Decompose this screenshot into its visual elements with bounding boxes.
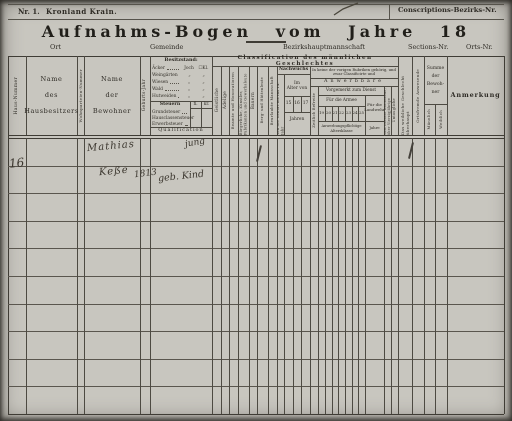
- form-number: Nr. 1.: [18, 8, 40, 16]
- summe-l4: ner: [432, 89, 440, 97]
- hausbesitzer-l2: des: [45, 87, 58, 103]
- table-bottom-border: [8, 414, 504, 415]
- handwritten-note-bottom: geb. Kind: [158, 169, 205, 185]
- table-header-bottom-2: [8, 138, 504, 139]
- flkr-underline: [190, 108, 212, 109]
- header-rule: [8, 19, 504, 20]
- kr-label: kr.: [201, 101, 212, 108]
- summe-l1: Summe: [427, 65, 445, 73]
- handwritten-haus-nr: 16: [8, 155, 25, 171]
- landwehr-note: Jahre: [365, 122, 384, 135]
- bodyline: [352, 138, 353, 414]
- ditto: „: [181, 87, 197, 92]
- besitz-row-weingaerten: Weingärten „ „: [152, 72, 210, 78]
- bodyline: [284, 138, 285, 414]
- anwerbbare-label: Anwerbbare: [310, 78, 398, 86]
- unit-klafter: ☐Kl.: [197, 66, 210, 71]
- page-title: Aufnahms-Bogen vom Jahre 18: [0, 23, 512, 41]
- weiblich-sub-label: Weiblich: [439, 110, 444, 129]
- row-label: Hausclassensteuer: [152, 116, 194, 121]
- classification-title: Classification des männlichen Geschlecht…: [212, 56, 398, 66]
- estate-bergleute: Berg- und Hüttenleute: [257, 66, 268, 135]
- im-alter-l2: Alter von: [287, 86, 307, 91]
- col-wohnpartei-label: Wohnparteien-Nummer: [78, 69, 83, 122]
- summe-l3: Bewoh-: [427, 81, 444, 89]
- weiblich-label: Das weibliche Geschlecht überhaupt: [400, 56, 410, 135]
- bodyline: [424, 138, 425, 414]
- col-haus-nummer-label: Haus-Nummer: [14, 77, 20, 115]
- nachwuchs-jahren: Jahren: [284, 114, 310, 126]
- bodyline: [221, 138, 222, 414]
- besitz-row-wald: Wald „ „: [152, 86, 210, 92]
- zeitlich-label: Zeitlich Befreite: [312, 93, 317, 128]
- col-geburtsjahr: Geburts-Jahr: [140, 56, 150, 135]
- armee-label: Für die Armee: [318, 95, 365, 106]
- summe-weiblich: Weiblich: [435, 104, 447, 135]
- nachwuchs-title: Nachwuchs: [277, 66, 310, 74]
- rowline: [8, 276, 504, 277]
- estate-label: Berg- und Hüttenleute: [260, 77, 265, 123]
- age-cells-bottom: [284, 112, 310, 113]
- bodyline: [249, 138, 250, 414]
- summe-header: Summe der Bewoh- ner: [424, 60, 447, 102]
- hausbesitzer-l1: Name: [41, 71, 63, 87]
- col-hausbesitzer: Name des Hausbesitzers: [26, 62, 77, 128]
- weiblich-col: Das weibliche Geschlecht überhaupt: [398, 56, 412, 135]
- landwehr-l2: Landwehr: [364, 108, 384, 113]
- armee-age-23: 23: [345, 106, 352, 121]
- row-label: Hutweiden: [152, 94, 176, 99]
- bodyline: [26, 138, 27, 414]
- bodyline: [332, 138, 333, 414]
- ditto: „: [197, 87, 210, 92]
- rowline: [8, 304, 504, 305]
- anmerkung-col: Anmerkung: [447, 56, 504, 135]
- conscription-district-label: Conscriptions-Bezirks-Nr.: [398, 7, 497, 15]
- leader: [165, 90, 179, 91]
- armee-age-22: 22: [338, 106, 345, 121]
- ditto: „: [181, 80, 197, 85]
- handwritten-geburtsjahr: 1813: [133, 168, 157, 181]
- leader: [182, 113, 187, 114]
- estate-label: Geistliche: [214, 88, 219, 112]
- title-underline: [246, 41, 286, 43]
- bodyline: [150, 138, 151, 414]
- besitz-row-wiesen: Wiesen „ „: [152, 79, 210, 85]
- entlassene-label: Vom Dienste Entlassene, über Vierzigjähr…: [384, 86, 391, 135]
- ortsfremde-col: Ortsfremde Anwesende: [412, 56, 424, 135]
- estate-adelige: Adelige: [221, 66, 229, 135]
- bodyline: [77, 138, 78, 414]
- bodyline: [293, 138, 294, 414]
- ditto: „: [197, 94, 210, 99]
- estate-label: Bürgerliche, Künstler, Fabrikanten und G…: [239, 66, 248, 135]
- maennlich-label: Männlich: [427, 109, 432, 129]
- nachwuchs-age-16: 16: [293, 96, 301, 112]
- bewohner-l3: Bewohner: [93, 103, 131, 119]
- ditto: „: [182, 73, 198, 78]
- bodyline: [345, 138, 346, 414]
- handwritten-checkmark: [332, 2, 360, 18]
- ditto: „: [181, 94, 197, 99]
- rowline: [8, 221, 504, 222]
- norubrik-heading: In keine der vorigen Rubriken gehörig, u…: [311, 67, 397, 77]
- bodyline: [391, 138, 392, 414]
- rowline: [8, 166, 504, 167]
- estate-label: Beamte und Honoratioren: [231, 72, 236, 129]
- ditto: „: [197, 73, 210, 78]
- nachwuchs-from-birth: Von der Geburt bis ins 14. Jahr: [277, 74, 284, 135]
- armee-note: Anwerbungspflichtige Altersklasse: [318, 122, 365, 135]
- bodyline: [398, 138, 399, 414]
- bodyline: [435, 138, 436, 414]
- handwritten-bewohner-line1: Mathias: [87, 139, 136, 154]
- row-label: Äcker: [152, 66, 165, 71]
- bodyline: [212, 138, 213, 414]
- census-form-sheet: Nr. 1. Kronland Krain. Conscriptions-Bez…: [0, 0, 512, 421]
- top-rule: [8, 4, 504, 5]
- besitz-row-hutweiden: Hutweiden „ „: [152, 93, 210, 99]
- qualification-label: Qualification: [150, 127, 212, 135]
- summe-l2: der: [432, 73, 440, 81]
- im-alter-von: Im Alter von: [284, 76, 310, 96]
- besitz-row-aecker: Äcker Joch ☐Kl.: [152, 65, 210, 71]
- bodyline: [277, 138, 278, 414]
- untaugliche-col: Untaugliche: [391, 86, 398, 135]
- leader: [178, 97, 179, 98]
- handwritten-note-top: jung: [184, 136, 206, 149]
- bewohner-l1: Name: [101, 71, 123, 87]
- colline: [150, 56, 151, 135]
- table-right-border: [504, 56, 505, 414]
- col-haus-nummer: Haus-Nummer: [8, 56, 26, 135]
- landwehr-label: Für die Landwehr: [365, 97, 384, 119]
- bodyline: [229, 138, 230, 414]
- unit-joch: Joch: [181, 66, 197, 71]
- leader: [167, 69, 179, 70]
- crownland-label: Kronland Krain.: [46, 8, 117, 16]
- gemeinde-label: Gemeinde: [150, 44, 183, 51]
- summe-maennlich: Männlich: [424, 104, 435, 135]
- bodyline: [358, 138, 359, 414]
- handwritten-bewohner-line2: Keße: [99, 165, 130, 179]
- estate-buergerliche: Bürgerliche, Künstler, Fabrikanten und G…: [238, 66, 249, 135]
- rowline: [8, 193, 504, 194]
- row-label: Wald: [152, 87, 163, 92]
- row-label: Grundsteuer: [152, 110, 180, 115]
- estate-label: Adelige: [222, 91, 227, 109]
- bodyline: [365, 138, 366, 414]
- header-divider: [389, 4, 390, 19]
- row-label: Weingärten: [152, 73, 178, 78]
- bodyline: [384, 138, 385, 414]
- row-label: Wiesen: [152, 80, 168, 85]
- estate-label: Bauern: [250, 92, 255, 109]
- estate-bauern: Bauern: [249, 66, 257, 135]
- nachwuchs-age-17: 17: [301, 96, 310, 112]
- rowline: [8, 386, 504, 387]
- table-header-bottom-1: [8, 135, 504, 136]
- steuer-row-hausclassen: Hausclassensteuer: [152, 116, 189, 121]
- ortsfremde-label: Ortsfremde Anwesende: [415, 69, 420, 123]
- vorgemerkt-label: Vorgemerkt zum Dienst: [318, 86, 384, 95]
- ort-label: Ort: [50, 44, 61, 51]
- estate-beamte: Beamte und Honoratioren: [229, 66, 238, 135]
- entlassene-col: Vom Dienste Entlassene, über Vierzigjähr…: [384, 86, 391, 135]
- col-wohnpartei: Wohnparteien-Nummer: [77, 56, 84, 135]
- estate-beurlaubte: Beurlaubte Mannschaft: [268, 66, 277, 135]
- bodyline: [301, 138, 302, 414]
- untaugliche-label: Untaugliche: [392, 98, 396, 122]
- zeitlich-befreite: Zeitlich Befreite: [310, 86, 318, 135]
- rowline: [8, 359, 504, 360]
- bodyline: [257, 138, 258, 414]
- steuer-row-grund: Grundsteuer: [152, 110, 189, 115]
- bodyline: [318, 138, 319, 414]
- bodyline: [238, 138, 239, 414]
- bewohner-l2: der: [106, 87, 119, 103]
- bodyline: [84, 138, 85, 414]
- bodyline: [325, 138, 326, 414]
- nachwuchs-age-15: 15: [284, 96, 293, 112]
- bodyline: [338, 138, 339, 414]
- orts-nr-label: Orts-Nr.: [466, 44, 493, 51]
- col-geburtsjahr-label: Geburts-Jahr: [142, 79, 148, 111]
- fl-label: fl.: [190, 101, 201, 108]
- besitzstand-title: Besitzstand:: [150, 57, 212, 64]
- estate-geistliche: Geistliche: [212, 66, 221, 135]
- hausbesitzer-l3: Hausbesitzers: [24, 103, 79, 119]
- armee-age-19: 19: [318, 106, 325, 121]
- bodyline: [412, 138, 413, 414]
- bodyline: [310, 138, 311, 414]
- bodyline: [447, 138, 448, 414]
- leader: [170, 83, 179, 84]
- steuern-title: Steuern: [150, 101, 190, 108]
- ditto: „: [197, 80, 210, 85]
- from-birth-label: Von der Geburt bis ins 14. Jahr: [277, 74, 284, 135]
- armee-age-20: 20: [325, 106, 332, 121]
- rowline: [8, 331, 504, 332]
- estate-label: Beurlaubte Mannschaft: [270, 76, 275, 125]
- sections-nr-label: Sections-Nr.: [408, 44, 448, 51]
- bezirkshauptmannschaft-label: Bezirkshauptmannschaft: [283, 44, 365, 51]
- leader: [185, 125, 187, 126]
- rowline: [8, 248, 504, 249]
- bodyline: [268, 138, 269, 414]
- col-bewohner: Name der Bewohner: [84, 62, 140, 128]
